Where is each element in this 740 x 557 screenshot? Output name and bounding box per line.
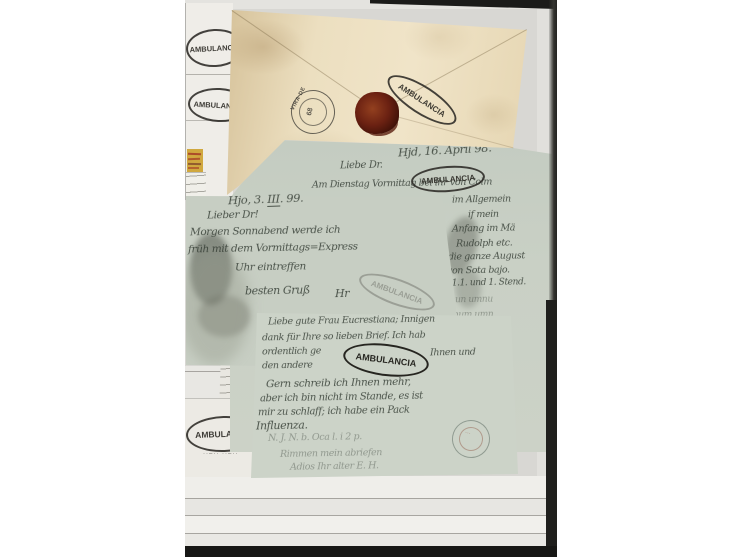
hw-faint-line: Rimmen mein abriefen <box>280 447 382 460</box>
hw-line: Lieber Dr! <box>207 209 259 222</box>
hw-line: besten Gruß <box>245 283 310 297</box>
hw-line: Hr <box>335 287 349 300</box>
glassine-edge-line <box>185 533 557 534</box>
hw-line: von Sota bajo. <box>447 264 510 276</box>
red-note-mark <box>188 153 201 155</box>
hw-line: Influenza. <box>256 419 308 433</box>
hw-line: Uhr eintreffen <box>235 260 306 273</box>
hw-date-middle: Hjo, 3. III. 99. <box>228 191 304 208</box>
hw-line: Ihnen und <box>430 347 476 359</box>
red-note-mark <box>188 163 201 165</box>
glassine-edge-line <box>185 515 557 516</box>
hw-line: Rudolph etc. <box>456 238 512 250</box>
stockbook-edge-right-lower <box>546 300 557 548</box>
glassine-edge-line <box>185 498 557 499</box>
album-photo-page: { "scene": { "description": "Photograph … <box>0 0 740 557</box>
red-note-mark <box>188 167 199 169</box>
hw-line: ordentlich ge <box>262 345 321 357</box>
hw-line: Gern schreib ich Ihnen mehr, <box>266 376 411 391</box>
stockbook-edge-bottom <box>185 546 557 557</box>
wax-seal <box>355 92 399 134</box>
hw-line: den andere <box>262 360 313 372</box>
hw-faint-line: Adios Ihr alter E. H. <box>290 460 379 473</box>
date-roman-underlined: III <box>267 192 280 207</box>
hw-faint-line: N. J. N. b. Oca l. i 2 p. <box>268 431 362 444</box>
yellow-label <box>187 149 203 172</box>
hw-line: im Allgemein <box>452 193 511 205</box>
card-postmark-inner-ring <box>456 424 487 455</box>
red-note-mark <box>188 158 200 160</box>
stockbook-page-photo: AMBULANCIA AMBULANCIA AMBULANCIA ··–·· ·… <box>185 0 557 557</box>
cover-fold-line <box>186 74 233 75</box>
hw-line: die ganze August <box>448 250 525 262</box>
hw-line: Liebe Dr. <box>340 160 383 172</box>
hw-line: Anfang im Mä <box>452 222 515 234</box>
hw-line: 1.1.1. und 1. Stend. <box>444 277 526 288</box>
hw-line: if mein <box>468 209 499 221</box>
glassine-bottom-zone <box>185 476 557 548</box>
